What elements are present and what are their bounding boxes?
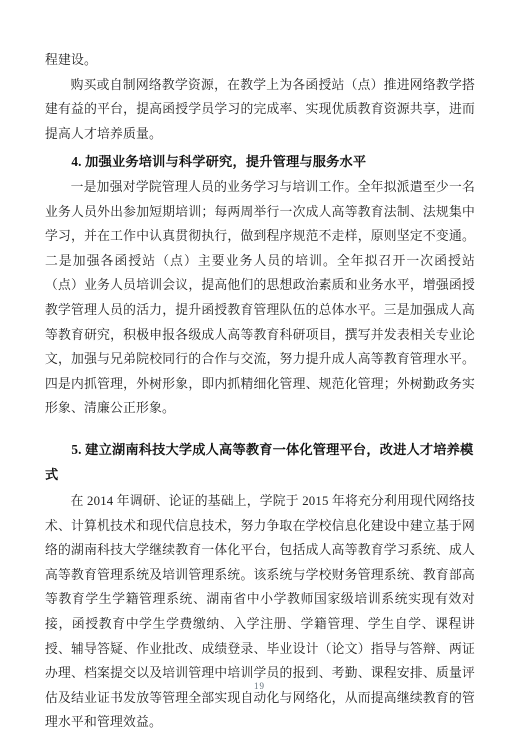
paragraph-continuation: 程建设。 [45, 48, 475, 73]
paragraph-section-5-body: 在 2014 年调研、论证的基础上，学院于 2015 年将充分利用现代网络技术、… [45, 489, 475, 733]
document-page: 程建设。 购买或自制网络教学资源，在教学上为各函授站（点）推进网络教学搭建有益的… [0, 0, 519, 733]
paragraph-network-teaching-resources: 购买或自制网络教学资源，在教学上为各函授站（点）推进网络教学搭建有益的平台，提高… [45, 73, 475, 147]
paragraph-section-4-body: 一是加强对学院管理人员的业务学习与培训工作。全年拟派遣至少一名业务人员外出参加短… [45, 175, 475, 421]
section-heading-5: 5. 建立湖南科技大学成人高等教育一体化管理平台，改进人才培养模式 [45, 438, 475, 487]
section-heading-4: 4. 加强业务培训与科学研究，提升管理与服务水平 [45, 150, 475, 175]
page-number: 19 [0, 681, 519, 691]
document-content: 程建设。 购买或自制网络教学资源，在教学上为各函授站（点）推进网络教学搭建有益的… [45, 48, 475, 733]
